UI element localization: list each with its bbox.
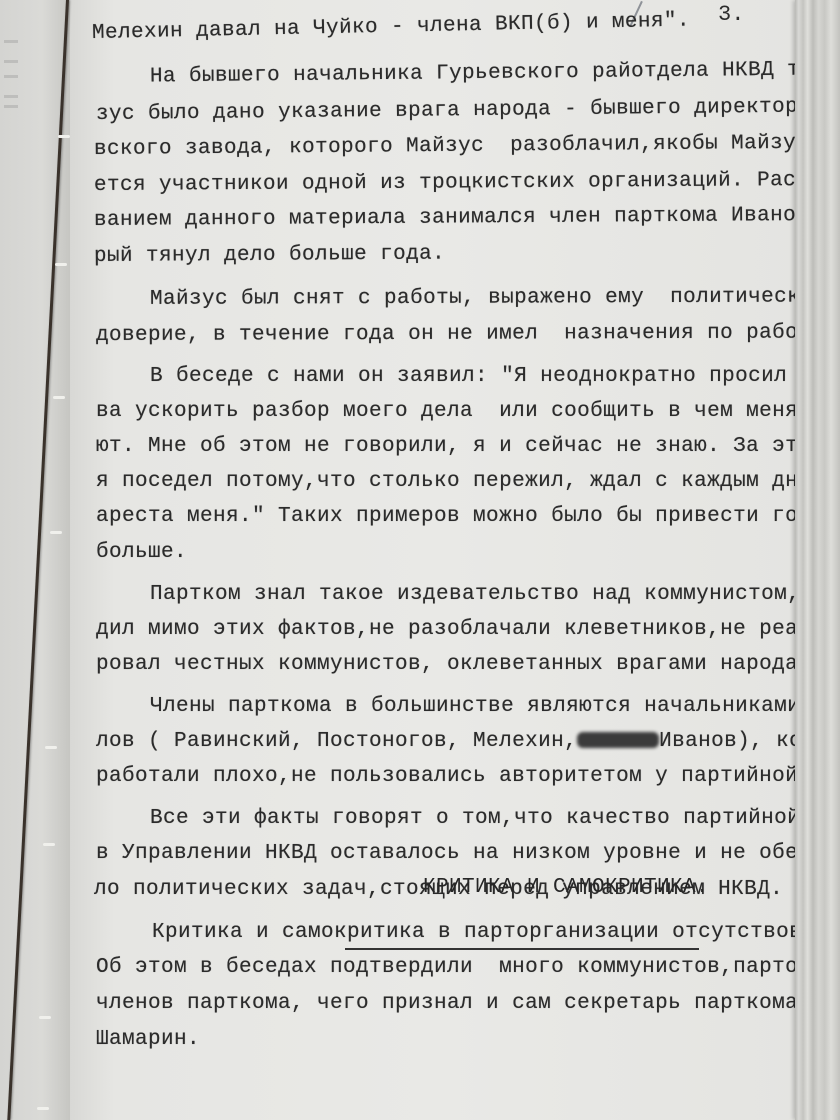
typed-line: ареста меня." Таких примеров можно было … — [96, 505, 840, 528]
typed-line: дил мимо этих фактов,не разоблачали клев… — [96, 618, 840, 641]
typed-line: Майзус был снят с работы, выражено ему п… — [98, 285, 840, 311]
show-through-mark — [4, 105, 18, 108]
section-heading-text: КРИТИКА И САМОКРИТИКА. — [423, 876, 709, 899]
section-heading: КРИТИКА И САМОКРИТИКА. — [345, 853, 709, 945]
show-through-mark — [4, 95, 18, 98]
stitch-mark — [37, 1107, 49, 1110]
typed-line: рый тянул дело больше года. — [94, 243, 445, 268]
typed-line: ва ускорить разбор моего дела или сообщи… — [96, 400, 840, 423]
typed-line: лов ( Равинский, Постоногов, Мелехин,Ива… — [96, 730, 840, 753]
stitch-mark — [58, 135, 70, 138]
typed-line: В беседе с нами он заявил: "Я неоднократ… — [98, 365, 840, 388]
show-through-mark — [4, 75, 18, 78]
stitch-mark — [43, 843, 55, 846]
typed-line: членов парткома, чего признал и сам секр… — [96, 992, 840, 1015]
stitch-mark — [50, 531, 62, 534]
document-photo: 3. 146 Мелехин давал на Чуйко - члена ВК… — [0, 0, 840, 1120]
typed-line: зус было дано указание врага народа - бы… — [96, 95, 840, 126]
show-through-mark — [4, 40, 18, 43]
typed-line: ровал честных коммунистов, оклеветанных … — [96, 653, 811, 676]
page-stack-edges — [795, 0, 840, 1120]
typed-line: Шамарин. — [96, 1028, 200, 1051]
typed-page: 3. 146 Мелехин давал на Чуйко - члена ВК… — [70, 0, 810, 1120]
typed-line: больше. — [96, 541, 187, 564]
typed-line: Мелехин давал на Чуйко - члена ВКП(б) и … — [92, 9, 690, 45]
typed-line: ванием данного материала занимался член … — [94, 203, 840, 232]
typed-line: Партком знал такое издевательство над ко… — [98, 583, 840, 606]
stitch-mark — [39, 1016, 51, 1019]
typed-line: На бывшего начальника Гурьевского райотд… — [98, 58, 840, 89]
stitch-mark — [55, 263, 67, 266]
typed-line: Все эти факты говорят о том,что качество… — [98, 807, 840, 830]
heading-underline — [345, 948, 699, 950]
stitch-mark — [45, 746, 57, 749]
line-text: лов ( Равинский, Постоногов, Мелехин, — [96, 730, 577, 753]
show-through-mark — [4, 60, 18, 63]
typed-line: работали плохо,не пользовались авторитет… — [96, 765, 840, 788]
typed-line: ют. Мне об этом не говорили, я и сейчас … — [96, 435, 840, 458]
typed-line: Об этом в беседах подтвердили много комм… — [96, 956, 840, 979]
typed-line: вского завода, которого Майзус разоблачи… — [94, 131, 840, 161]
page-number: 3. — [718, 2, 744, 27]
redaction-mark — [577, 732, 659, 748]
typed-line: ется участникои одной из троцкистских ор… — [94, 169, 840, 197]
typed-line: доверие, в течение года он не имел назна… — [96, 321, 837, 347]
typed-line: я поседел потому,что столько пережил, жд… — [96, 470, 824, 493]
typed-line: Члены парткома в большинстве являются на… — [98, 695, 840, 718]
stitch-mark — [53, 396, 65, 399]
